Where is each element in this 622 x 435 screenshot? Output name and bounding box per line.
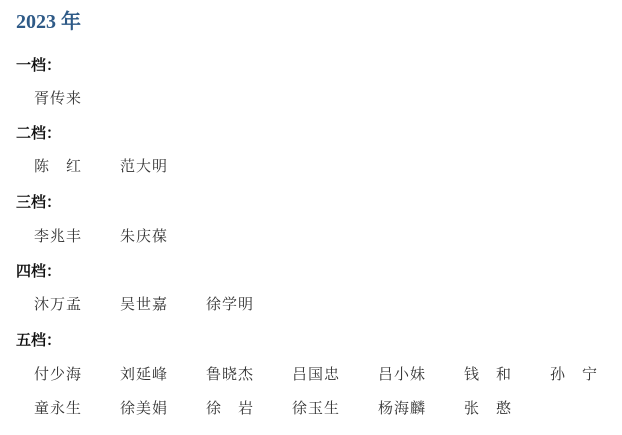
person-name: 李兆丰 bbox=[34, 226, 82, 246]
person-name: 孙 宁 bbox=[550, 364, 598, 384]
person-name: 朱庆葆 bbox=[120, 226, 168, 246]
level-heading-3: 三档： bbox=[16, 192, 61, 212]
level-heading-4: 四档： bbox=[16, 261, 61, 281]
person-name: 陈 红 bbox=[34, 156, 82, 176]
level-heading-1: 一档： bbox=[16, 55, 61, 75]
person-name: 胥传来 bbox=[34, 88, 82, 108]
person-name: 沐万孟 bbox=[34, 294, 82, 314]
person-name: 付少海 bbox=[34, 364, 82, 384]
person-name: 鲁晓杰 bbox=[206, 364, 254, 384]
names-row: 陈 红 范大明 bbox=[34, 156, 622, 176]
person-name: 吴世嘉 bbox=[120, 294, 168, 314]
person-name: 吕国忠 bbox=[292, 364, 340, 384]
names-row: 沐万孟 吴世嘉 徐学明 bbox=[34, 294, 622, 314]
person-name: 范大明 bbox=[120, 156, 168, 176]
person-name: 张 憨 bbox=[464, 398, 512, 418]
person-name: 徐玉生 bbox=[292, 398, 340, 418]
person-name: 徐美娟 bbox=[120, 398, 168, 418]
names-row: 李兆丰 朱庆葆 bbox=[34, 226, 622, 246]
person-name: 吕小妹 bbox=[378, 364, 426, 384]
person-name: 徐 岩 bbox=[206, 398, 254, 418]
level-heading-5: 五档： bbox=[16, 330, 61, 350]
person-name: 杨海麟 bbox=[378, 398, 426, 418]
names-row: 胥传来 bbox=[34, 88, 622, 108]
person-name: 徐学明 bbox=[206, 294, 254, 314]
person-name: 童永生 bbox=[34, 398, 82, 418]
names-row: 付少海 刘延峰 鲁晓杰 吕国忠 吕小妹 钱 和 孙 宁 bbox=[34, 364, 622, 384]
page-title: 2023 年 bbox=[16, 9, 81, 35]
person-name: 钱 和 bbox=[464, 364, 512, 384]
person-name: 刘延峰 bbox=[120, 364, 168, 384]
names-row: 童永生 徐美娟 徐 岩 徐玉生 杨海麟 张 憨 bbox=[34, 398, 622, 418]
level-heading-2: 二档： bbox=[16, 123, 61, 143]
